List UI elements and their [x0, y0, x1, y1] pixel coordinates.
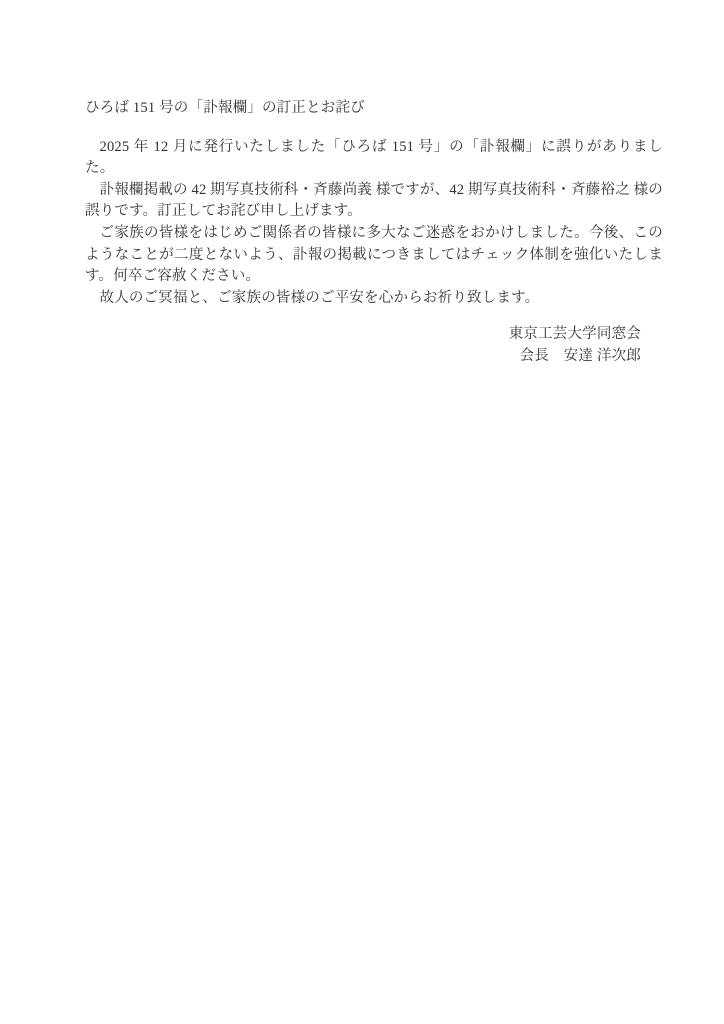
- document-page: ひろば 151 号の「訃報欄」の訂正とお詫び 2025 年 12 月に発行いたし…: [0, 0, 724, 1024]
- signature-block: 東京工芸大学同窓会 会長 安達 洋次郎: [85, 324, 663, 367]
- signature-organization: 東京工芸大学同窓会: [85, 324, 641, 346]
- document-title: ひろば 151 号の「訃報欄」の訂正とお詫び: [85, 98, 663, 120]
- paragraph-apology: ご家族の皆様をはじめご関係者の皆様に多大なご迷惑をおかけしました。今後、このよう…: [85, 223, 663, 288]
- paragraph-correction-detail: 訃報欄掲載の 42 期写真技術科・斉藤尚義 様ですが、42 期写真技術科・斉藤裕…: [85, 180, 663, 223]
- signature-signer: 会長 安達 洋次郎: [85, 346, 641, 368]
- paragraph-condolence: 故人のご冥福と、ご家族の皆様のご平安を心からお祈り致します。: [85, 288, 663, 310]
- document-content: ひろば 151 号の「訃報欄」の訂正とお詫び 2025 年 12 月に発行いたし…: [85, 98, 663, 368]
- paragraph-issue-notice: 2025 年 12 月に発行いたしました「ひろば 151 号」の「訃報欄」に誤り…: [85, 137, 663, 180]
